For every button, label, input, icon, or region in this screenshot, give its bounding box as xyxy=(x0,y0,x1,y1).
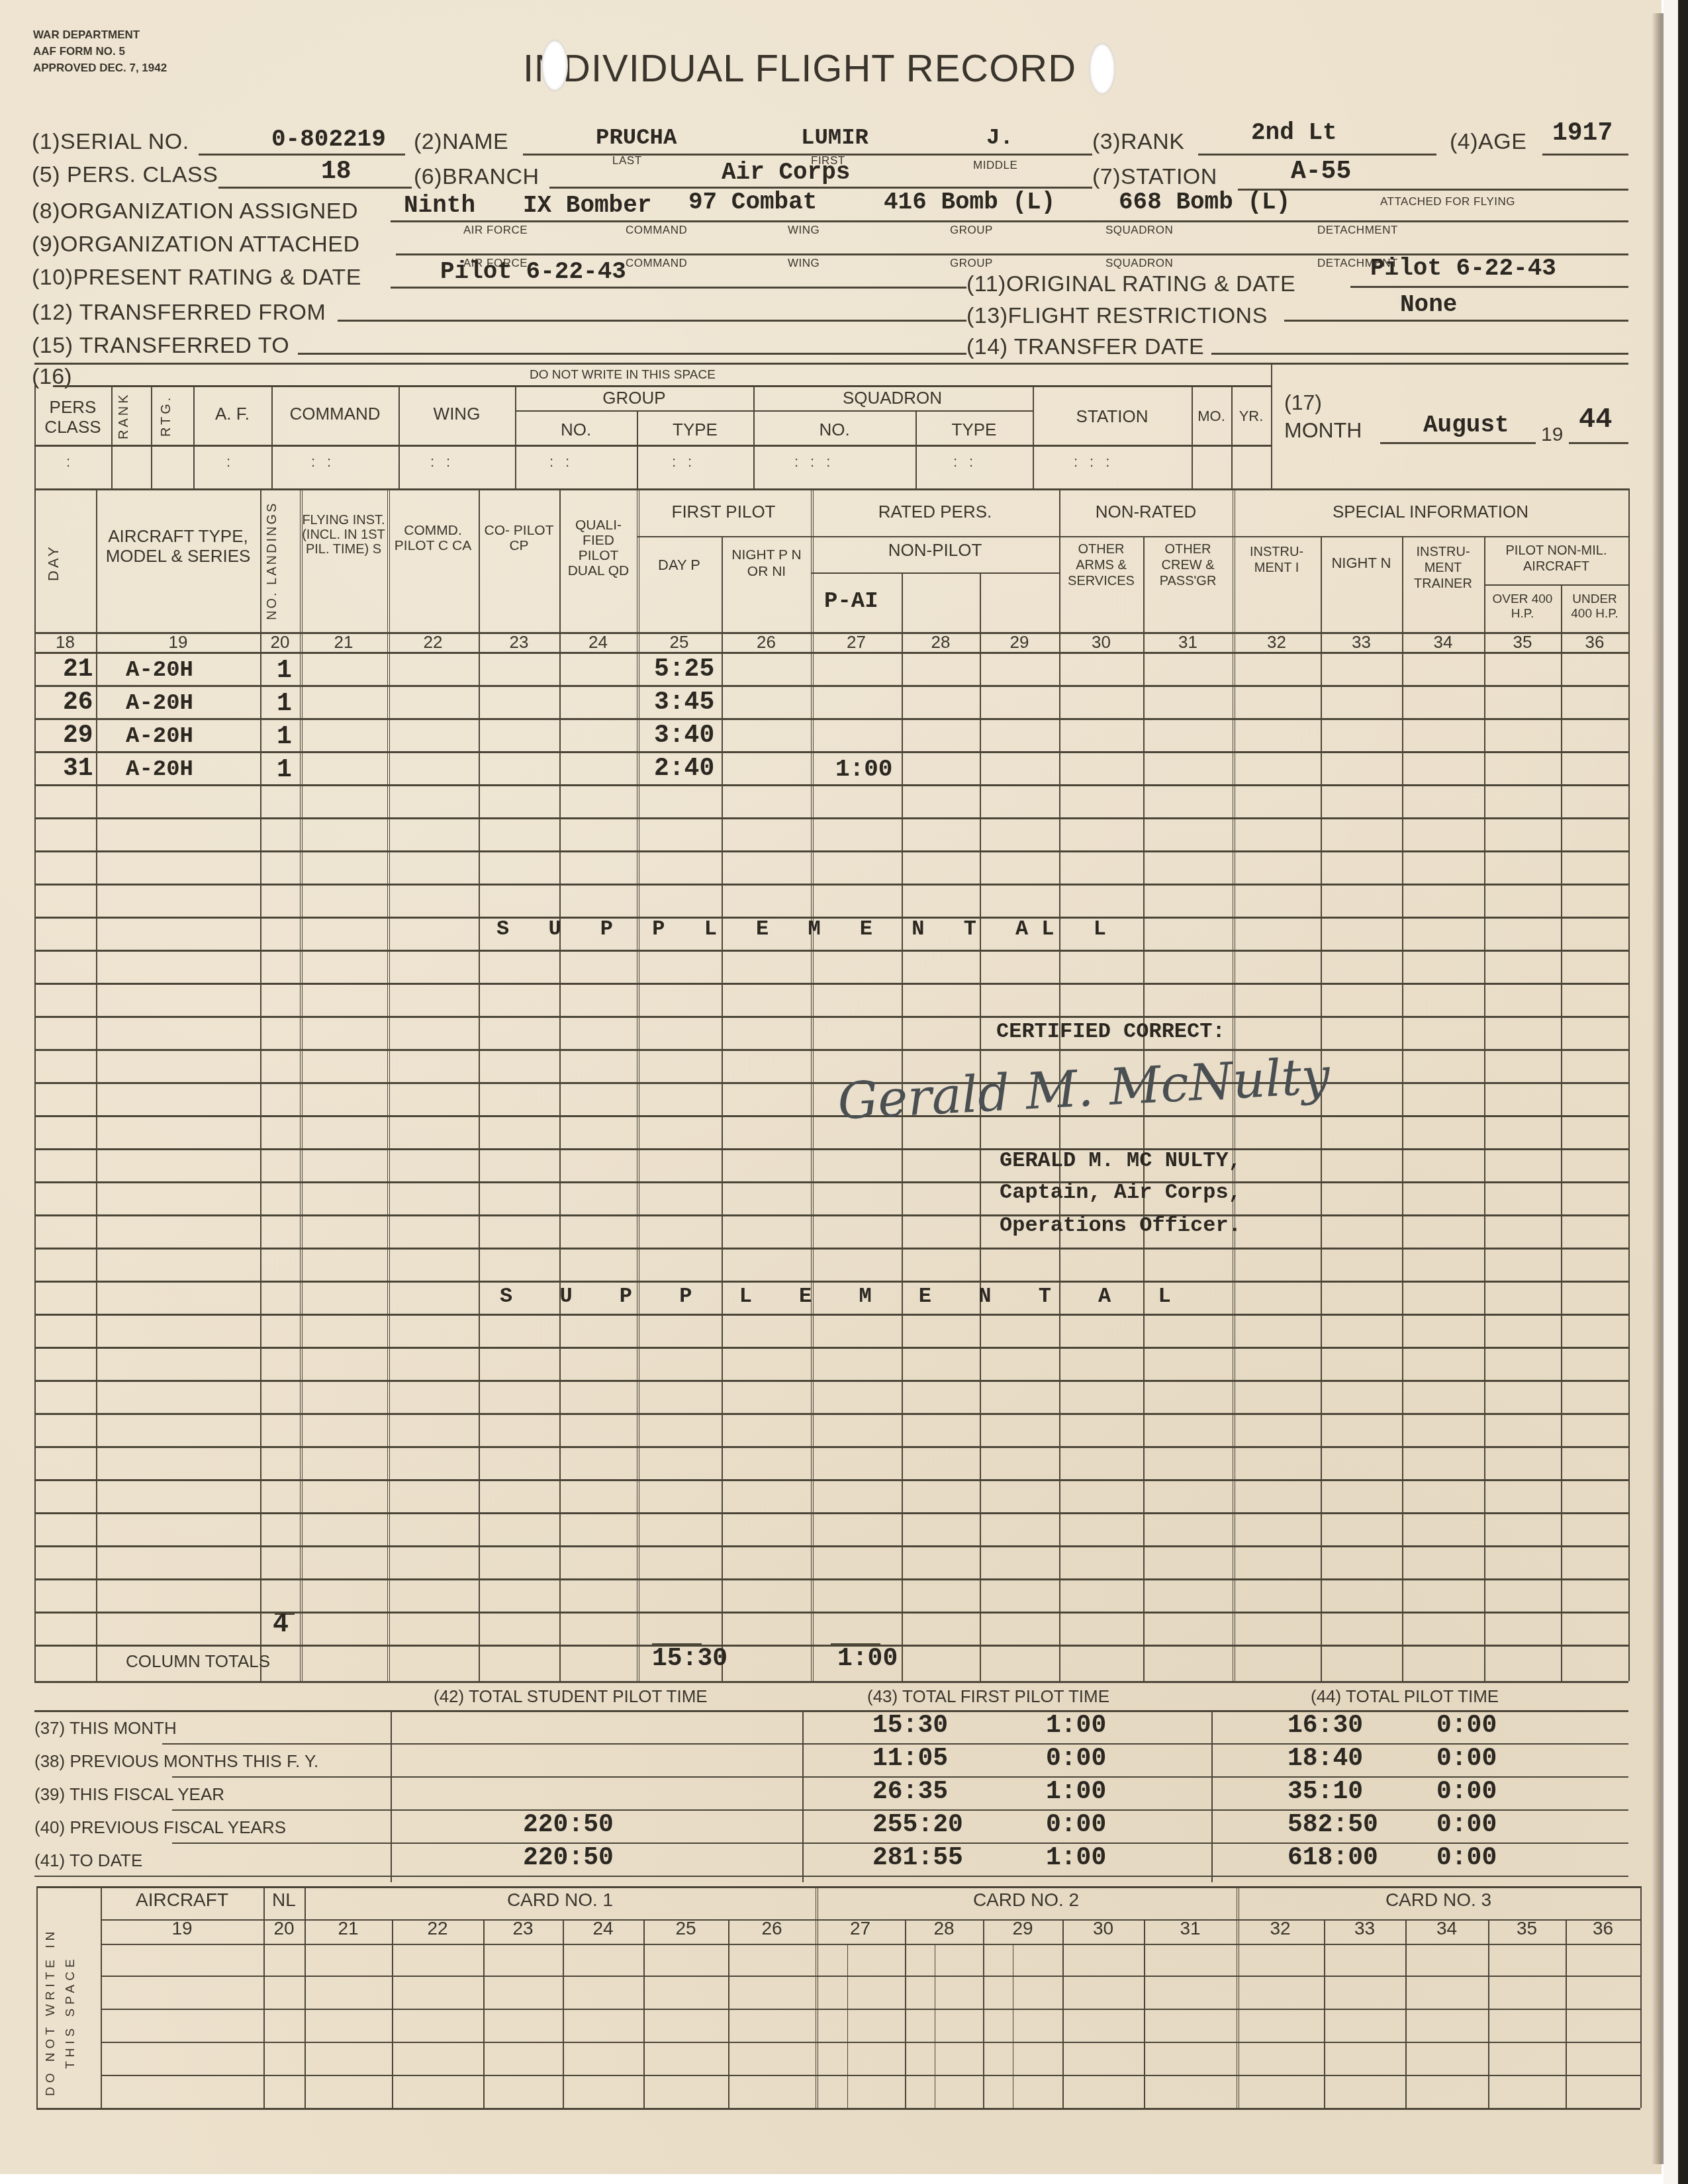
command-sublabel-2: COMMAND xyxy=(626,257,687,270)
summary-total-pilot-time-a: 582:50 xyxy=(1288,1811,1378,1839)
card-column-23: 23 xyxy=(483,1918,563,1939)
form-header-block: WAR DEPARTMENT AAF FORM NO. 5 APPROVED D… xyxy=(33,26,167,76)
name-label: (2)NAME xyxy=(414,129,508,155)
signer-name: GERALD M. MC NULTY, xyxy=(1000,1148,1241,1173)
summary-total-pilot-time-a: 35:10 xyxy=(1288,1778,1363,1806)
summary-total-pilot-time-a: 618:00 xyxy=(1288,1844,1378,1872)
rank-value[interactable]: 2nd Lt xyxy=(1251,119,1337,146)
over-400hp-header: OVER 400 H.P. xyxy=(1484,592,1561,621)
supplemental-stamp-1: S U P P L E M E N T AL L xyxy=(496,917,1119,941)
non-pilot-header: NON-PILOT xyxy=(811,541,1059,559)
approved-date: APPROVED DEC. 7, 1942 xyxy=(33,60,167,76)
flight-row[interactable]: 26A-20H13:45 xyxy=(0,688,1628,721)
column-number-28: 28 xyxy=(902,632,980,653)
mo-header: MO. xyxy=(1192,408,1231,425)
flight-day: 31 xyxy=(63,754,93,783)
branch-label: (6)BRANCH xyxy=(414,164,539,190)
summary-total-pilot-time-b: 0:00 xyxy=(1436,1811,1497,1839)
squadron-no-header: NO. xyxy=(753,421,915,438)
present-rating-label: (10)PRESENT RATING & DATE xyxy=(32,265,361,291)
special-info-header: SPECIAL INFORMATION xyxy=(1233,503,1628,520)
column-number-19: 19 xyxy=(96,632,260,653)
wing-sublabel: WING xyxy=(788,224,820,237)
pers-class-header: PERS CLASS xyxy=(34,397,111,437)
other-crew-header: OTHER CREW & PASS'GR xyxy=(1143,541,1233,589)
night-header: NIGHT N xyxy=(1321,553,1402,574)
column-number-22: 22 xyxy=(387,632,479,653)
other-arms-header: OTHER ARMS & SERVICES xyxy=(1059,541,1143,589)
column-number-30: 30 xyxy=(1059,632,1143,653)
supplemental-stamp-2: S U P P L E M E N T A L xyxy=(500,1284,1188,1308)
month-label: MONTH xyxy=(1284,418,1362,443)
pers-class-value[interactable]: 18 xyxy=(321,158,352,186)
card-column-19: 19 xyxy=(101,1918,263,1939)
summary-total-pilot-time-a: 16:30 xyxy=(1288,1711,1363,1740)
form-title: INDIVIDUAL FLIGHT RECORD xyxy=(523,46,1076,91)
card-column-29: 29 xyxy=(983,1918,1062,1939)
fp-day-header: DAY P xyxy=(637,556,722,574)
summary-student-time: 220:50 xyxy=(523,1811,614,1839)
column-number-34: 34 xyxy=(1402,632,1484,653)
rated-pers-header: RATED PERS. xyxy=(811,503,1059,520)
total-first-pilot-day: 15:30 xyxy=(652,1645,727,1673)
form-paper xyxy=(0,0,1662,2174)
punch-dots: : xyxy=(66,453,82,471)
detachment-sublabel: DETACHMENT xyxy=(1317,224,1398,237)
column-number-32: 32 xyxy=(1233,632,1321,653)
flight-aircraft: A-20H xyxy=(126,658,193,683)
flight-day: 29 xyxy=(63,721,93,750)
card-column-36: 36 xyxy=(1566,1918,1640,1939)
present-rating-value[interactable]: Pilot 6-22-43 xyxy=(440,258,626,285)
first-pilot-time-header: (43) TOTAL FIRST PILOT TIME xyxy=(867,1686,1109,1707)
first-pilot-header: FIRST PILOT xyxy=(637,503,810,520)
day-header: DAY xyxy=(45,510,78,615)
card-column-28: 28 xyxy=(905,1918,983,1939)
flight-aircraft: A-20H xyxy=(126,757,193,782)
co-pilot-header: CO- PILOT CP xyxy=(480,523,558,553)
summary-total-pilot-time-b: 0:00 xyxy=(1436,1778,1497,1806)
scan-border xyxy=(1678,0,1688,2184)
card-column-33: 33 xyxy=(1324,1918,1405,1939)
air-force-sublabel: AIR FORCE xyxy=(463,224,528,237)
summary-first-pilot-time-b: 0:00 xyxy=(1046,1745,1106,1773)
flight-restrictions-value[interactable]: None xyxy=(1400,291,1457,318)
summary-first-pilot-time-b: 1:00 xyxy=(1046,1711,1106,1740)
summary-total-pilot-time-a: 18:40 xyxy=(1288,1745,1363,1773)
af-header: A. F. xyxy=(193,405,271,422)
column-totals-label: COLUMN TOTALS xyxy=(126,1651,270,1672)
year-prefix: 19 xyxy=(1541,424,1563,446)
do-not-write-note: DO NOT WRITE IN THIS SPACE xyxy=(530,368,716,383)
flight-first-pilot-day: 3:40 xyxy=(654,721,714,750)
column-number-25: 25 xyxy=(637,632,722,653)
squadron-type-header: TYPE xyxy=(915,421,1033,438)
flight-restrictions-label: (13)FLIGHT RESTRICTIONS xyxy=(966,303,1268,329)
punch-hole-left xyxy=(541,40,568,91)
serial-no-label: (1)SERIAL NO. xyxy=(32,129,189,155)
summary-first-pilot-time-a: 11:05 xyxy=(872,1745,948,1773)
column-number-35: 35 xyxy=(1484,632,1561,653)
summary-first-pilot-time-b: 0:00 xyxy=(1046,1811,1106,1839)
summary-first-pilot-time-a: 15:30 xyxy=(872,1711,948,1740)
summary-total-pilot-time-b: 0:00 xyxy=(1436,1745,1497,1773)
station-value[interactable]: A-55 xyxy=(1291,158,1351,186)
group-sublabel-2: GROUP xyxy=(950,257,993,270)
landings-header: NO. LANDINGS xyxy=(265,496,295,625)
total-pilot-time-header: (44) TOTAL PILOT TIME xyxy=(1311,1686,1499,1707)
name-last-value[interactable]: PRUCHA xyxy=(596,126,677,151)
cards-do-not-write-note: DO NOT WRITE IN THIS SPACE xyxy=(41,1919,87,2105)
summary-row-label: (41) TO DATE xyxy=(34,1850,142,1871)
flight-first-pilot-day: 5:25 xyxy=(654,655,714,684)
flight-landings: 1 xyxy=(277,756,292,784)
summary-row-label: (37) THIS MONTH xyxy=(34,1718,177,1739)
flying-inst-header: FLYING INST. (INCL. IN 1ST PIL. TIME) S xyxy=(301,513,386,557)
card3-header: CARD NO. 3 xyxy=(1237,1891,1640,1909)
name-middle-sublabel: MIDDLE xyxy=(973,159,1017,172)
summary-first-pilot-time-a: 26:35 xyxy=(872,1778,948,1806)
flight-aircraft: A-20H xyxy=(126,691,193,716)
yr-header: YR. xyxy=(1231,408,1271,425)
squadron-sublabel: SQUADRON xyxy=(1105,224,1173,237)
name-first-value[interactable]: LUMIR xyxy=(801,126,868,151)
org-wing-value[interactable]: 97 Combat xyxy=(688,189,817,216)
transferred-from-label: (12) TRANSFERRED FROM xyxy=(32,300,326,326)
card-column-35: 35 xyxy=(1488,1918,1566,1939)
station-header: STATION xyxy=(1033,408,1192,425)
page-margin xyxy=(1664,0,1678,2184)
fp-night-header: NIGHT P N OR NI xyxy=(723,547,810,580)
cards-nl-header: NL xyxy=(263,1891,305,1909)
page-edge-shadow xyxy=(1652,13,1664,2164)
punch-dots: :: xyxy=(430,453,462,471)
name-middle-value[interactable]: J. xyxy=(986,126,1013,151)
under-400hp-header: UNDER 400 H.P. xyxy=(1561,592,1628,621)
column-number-24: 24 xyxy=(559,632,637,653)
punch-dots: :: xyxy=(311,453,343,471)
attached-for-flying-label: ATTACHED FOR FLYING xyxy=(1380,195,1515,208)
flight-row[interactable]: 31A-20H12:401:00 xyxy=(0,754,1628,788)
org-attached-label: (9)ORGANIZATION ATTACHED xyxy=(32,232,360,257)
month-label-number: (17) xyxy=(1284,390,1322,415)
aircraft-header: AIRCRAFT TYPE, MODEL & SERIES xyxy=(96,526,260,566)
summary-row-label: (38) PREVIOUS MONTHS THIS F. Y. xyxy=(34,1751,318,1772)
station-label: (7)STATION xyxy=(1092,164,1217,190)
summary-first-pilot-time-a: 281:55 xyxy=(872,1844,963,1872)
column-number-31: 31 xyxy=(1143,632,1233,653)
flight-landings: 1 xyxy=(277,657,292,685)
column-number-21: 21 xyxy=(300,632,387,653)
punch-dots: ::: xyxy=(1074,453,1121,471)
student-pilot-time-header: (42) TOTAL STUDENT PILOT TIME xyxy=(434,1686,708,1707)
certified-correct-text: CERTIFIED CORRECT: xyxy=(996,1019,1225,1044)
card-column-34: 34 xyxy=(1405,1918,1488,1939)
card-column-32: 32 xyxy=(1237,1918,1324,1939)
card-column-20: 20 xyxy=(263,1918,305,1939)
age-value[interactable]: 1917 xyxy=(1552,119,1613,148)
group-no-header: NO. xyxy=(515,421,637,438)
original-rating-value[interactable]: Pilot 6-22-43 xyxy=(1370,255,1556,282)
column-number-29: 29 xyxy=(980,632,1059,653)
card-column-22: 22 xyxy=(392,1918,483,1939)
signer-rank: Captain, Air Corps, xyxy=(1000,1180,1241,1205)
org-command-value[interactable]: IX Bomber xyxy=(523,192,651,219)
column-number-26: 26 xyxy=(722,632,811,653)
year-value[interactable]: 44 xyxy=(1579,404,1612,435)
summary-student-time: 220:50 xyxy=(523,1844,614,1872)
commd-pilot-header: COMMD. PILOT C CA xyxy=(391,523,475,553)
punch-dots: :: xyxy=(549,453,581,471)
squadron-header: SQUADRON xyxy=(753,389,1031,406)
punch-dots: :: xyxy=(953,453,985,471)
flight-aircraft: A-20H xyxy=(126,724,193,749)
card-column-21: 21 xyxy=(305,1918,392,1939)
card-column-31: 31 xyxy=(1144,1918,1237,1939)
flight-row[interactable]: 21A-20H15:25 xyxy=(0,655,1628,688)
column-number-18: 18 xyxy=(34,632,96,653)
summary-row-label: (40) PREVIOUS FISCAL YEARS xyxy=(34,1817,286,1838)
total-non-pilot: 1:00 xyxy=(837,1645,898,1673)
form-number: AAF FORM NO. 5 xyxy=(33,43,167,60)
card2-header: CARD NO. 2 xyxy=(816,1891,1237,1909)
pilot-nonmil-header: PILOT NON-MIL. AIRCRAFT xyxy=(1484,543,1628,574)
org-air-force-value[interactable]: Ninth xyxy=(404,192,475,219)
group-type-header: TYPE xyxy=(637,421,753,438)
flight-first-pilot-day: 2:40 xyxy=(654,754,714,783)
group-sublabel: GROUP xyxy=(950,224,993,237)
department-label: WAR DEPARTMENT xyxy=(33,26,167,43)
card-column-26: 26 xyxy=(728,1918,816,1939)
column-number-33: 33 xyxy=(1321,632,1402,653)
flight-landings: 1 xyxy=(277,723,292,751)
card1-header: CARD NO. 1 xyxy=(305,1891,816,1909)
column-number-36: 36 xyxy=(1561,632,1628,653)
org-squadron-value[interactable]: 668 Bomb (L) xyxy=(1119,189,1290,216)
inst-trainer-header: INSTRU- MENT TRAINER xyxy=(1402,544,1484,592)
card-column-24: 24 xyxy=(563,1918,643,1939)
summary-total-pilot-time-b: 0:00 xyxy=(1436,1844,1497,1872)
rtg-header: RTG. xyxy=(159,390,188,441)
summary-row-label: (39) THIS FISCAL YEAR xyxy=(34,1784,224,1805)
punch-hole-right xyxy=(1089,43,1115,95)
name-last-sublabel: LAST xyxy=(612,154,642,167)
flight-row[interactable]: 29A-20H13:40 xyxy=(0,721,1628,754)
flight-non-pilot: 1:00 xyxy=(835,756,892,783)
instrument-header: INSTRU- MENT I xyxy=(1233,544,1321,576)
qualified-pilot-header: QUALI- FIED PILOT DUAL QD xyxy=(561,518,635,578)
original-rating-label: (11)ORIGINAL RATING & DATE xyxy=(966,271,1295,297)
flight-day: 21 xyxy=(63,655,93,684)
column-number-23: 23 xyxy=(479,632,559,653)
punch-dots: : xyxy=(226,453,242,471)
squadron-sublabel-2: SQUADRON xyxy=(1105,257,1173,270)
month-value[interactable]: August xyxy=(1423,412,1509,439)
command-sublabel: COMMAND xyxy=(626,224,687,237)
flight-day: 26 xyxy=(63,688,93,717)
non-pilot-typed-code: P-AI xyxy=(824,589,878,614)
card-column-25: 25 xyxy=(643,1918,728,1939)
serial-no-value[interactable]: 0-802219 xyxy=(271,126,386,153)
summary-first-pilot-time-b: 1:00 xyxy=(1046,1844,1106,1872)
command-header: COMMAND xyxy=(271,405,399,422)
summary-total-pilot-time-b: 0:00 xyxy=(1436,1711,1497,1740)
org-group-value[interactable]: 416 Bomb (L) xyxy=(884,189,1055,216)
column-number-27: 27 xyxy=(811,632,902,653)
transfer-date-label: (14) TRANSFER DATE xyxy=(966,334,1204,360)
pers-class-label: (5) PERS. CLASS xyxy=(32,162,218,188)
branch-value[interactable]: Air Corps xyxy=(722,159,850,186)
summary-first-pilot-time-b: 1:00 xyxy=(1046,1778,1106,1806)
total-landings: 4 xyxy=(273,1610,289,1640)
cards-aircraft-header: AIRCRAFT xyxy=(101,1891,263,1909)
column-number-20: 20 xyxy=(260,632,300,653)
card-column-27: 27 xyxy=(816,1918,905,1939)
transferred-to-label: (15) TRANSFERRED TO xyxy=(32,333,289,359)
wing-sublabel-2: WING xyxy=(788,257,820,270)
age-label: (4)AGE xyxy=(1450,129,1526,155)
group-header: GROUP xyxy=(515,389,753,406)
flight-first-pilot-day: 3:45 xyxy=(654,688,714,717)
flight-landings: 1 xyxy=(277,690,292,718)
punch-dots: :: xyxy=(672,453,704,471)
rank-header: RANK xyxy=(117,390,146,441)
non-rated-header: NON-RATED xyxy=(1059,503,1233,520)
rank-label: (3)RANK xyxy=(1092,129,1185,155)
signer-title: Operations Officer. xyxy=(1000,1213,1241,1238)
punch-dots: ::: xyxy=(794,453,842,471)
org-assigned-label: (8)ORGANIZATION ASSIGNED xyxy=(32,199,358,224)
card-column-30: 30 xyxy=(1062,1918,1144,1939)
wing-header: WING xyxy=(399,405,515,422)
summary-first-pilot-time-a: 255:20 xyxy=(872,1811,963,1839)
